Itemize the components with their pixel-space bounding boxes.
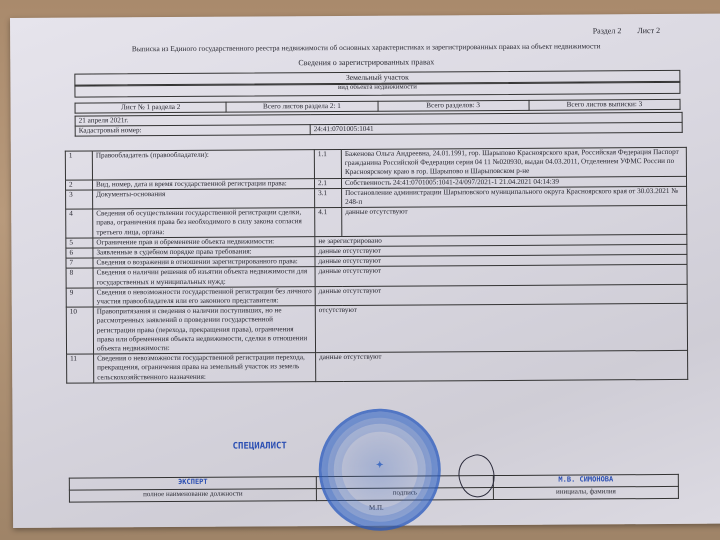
page-header: Раздел 2 Лист 2 [579, 26, 660, 35]
row-number: 6 [66, 248, 93, 258]
sections-total: Всего разделов: 3 [378, 100, 529, 111]
official-seal-icon: ✦ [318, 408, 441, 531]
row-number: 2 [65, 180, 92, 190]
position-caption: полное наименование должности [69, 489, 316, 503]
row-number: 9 [66, 288, 93, 308]
rights-table: 1Правообладатель (правообладатели):1.1Ба… [65, 147, 688, 384]
cadastral-label: Кадастровый номер: [75, 125, 310, 137]
row-label: Правообладатель (правообладатели): [92, 150, 314, 180]
row-label: Сведения о невозможности государственной… [93, 286, 315, 307]
document-title: Выписка из Единого государственного реес… [10, 41, 720, 54]
row-subnumber: 4.1 [315, 208, 342, 237]
table-row: 4Сведения об осуществлении государственн… [66, 206, 687, 238]
row-value: данные отсутствуют [342, 206, 687, 237]
sheet-number: Лист № 1 раздела 2 [75, 102, 226, 113]
row-number: 1 [65, 151, 92, 180]
row-number: 7 [66, 258, 93, 268]
date-cadastral-table: 21 апреля 2021г. Кадастровый номер: 24:4… [75, 112, 683, 137]
row-number: 8 [66, 268, 93, 288]
table-row: 10Правопритязания и сведения о наличии п… [66, 304, 687, 355]
row-value: Постановление администрации Шарыповского… [342, 186, 687, 208]
position-stamp-line1: СПЕЦИАЛИСТ [233, 441, 287, 451]
row-label: Документы-основания [93, 188, 315, 209]
row-subnumber: 2.1 [314, 178, 341, 188]
section-label: Раздел 2 [593, 26, 622, 35]
document-sheet: Раздел 2 Лист 2 Выписка из Единого госуд… [10, 14, 720, 528]
row-subnumber: 3.1 [315, 188, 342, 208]
row-value: отсутствуют [315, 304, 687, 353]
object-type-caption: вид объекта недвижимости [74, 81, 680, 98]
cadastral-number: 24:41:0701005:1041 [310, 123, 682, 135]
row-value: данные отсутствуют [315, 284, 687, 306]
sheets-in-section: Всего листов раздела 2: 1 [226, 101, 377, 112]
row-value: данные отсутствуют [315, 265, 687, 287]
table-row: 11Сведения о невозможности государственн… [67, 351, 688, 383]
row-value: данные отсутствуют [316, 351, 688, 382]
row-number: 11 [67, 354, 94, 383]
row-subnumber: 1.1 [314, 149, 341, 178]
row-label: Сведения о возражении в отношении зареги… [93, 257, 315, 269]
row-number: 5 [66, 238, 93, 248]
table-row: 1Правообладатель (правообладатели):1.1Ба… [65, 147, 686, 179]
signer-name: М.В. СИМОНОВА [493, 474, 678, 487]
row-label: Сведения о наличии решения об изъятии об… [93, 267, 315, 288]
document-subtitle: Сведения о зарегистрированных правах [10, 56, 720, 69]
name-caption: инициалы, фамилия [493, 486, 678, 499]
sheet-label: Лист 2 [637, 26, 660, 35]
row-label: Правопритязания и сведения о наличии пос… [93, 306, 315, 354]
row-number: 3 [66, 190, 93, 210]
row-number: 10 [66, 307, 93, 354]
row-number: 4 [66, 209, 93, 238]
row-label: Вид, номер, дата и время государственной… [92, 178, 314, 190]
sheets-total: Всего листов выписки: 3 [529, 99, 680, 110]
row-label: Сведения об осуществлении государственно… [93, 208, 315, 238]
row-label: Сведения о невозможности государственной… [94, 353, 316, 383]
row-value: Баженова Ольга Андреевна, 24.01.1991, го… [341, 147, 686, 178]
